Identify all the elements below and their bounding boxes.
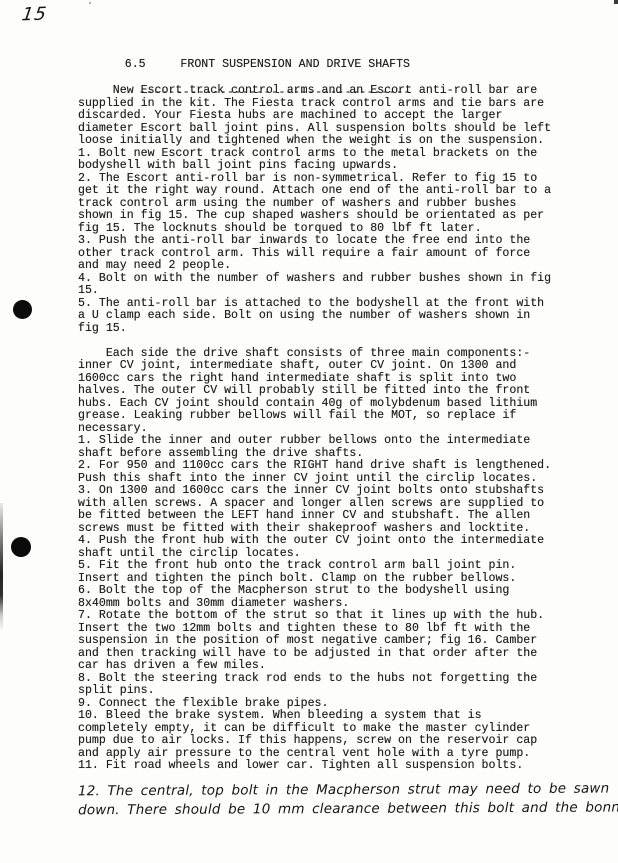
handwritten-note-line: 12. The central, top bolt in the Macpher… [78,780,583,802]
section-title-row: 6.5FRONT SUSPENSION AND DRIVE SHAFTS [83,46,411,84]
handwritten-note-line: down. There should be 10 mm clearance be… [78,799,583,821]
section-title: FRONT SUSPENSION AND DRIVE SHAFTS [180,58,410,71]
handwritten-note: 12. The central, top bolt in the Macpher… [78,780,583,821]
hole-punch-mark [11,537,31,557]
typed-body-text: New Escort track control arms and an Esc… [78,85,578,773]
scan-speck [89,2,91,4]
section-number: 6.5 [125,58,146,71]
scan-edge-artifact [0,503,3,631]
scanned-document-page: 15 6.5FRONT SUSPENSION AND DRIVE SHAFTS … [0,0,618,863]
scan-corner-speck [614,0,618,4]
hole-punch-mark [13,300,32,319]
handwritten-page-number: 15 [20,4,48,26]
